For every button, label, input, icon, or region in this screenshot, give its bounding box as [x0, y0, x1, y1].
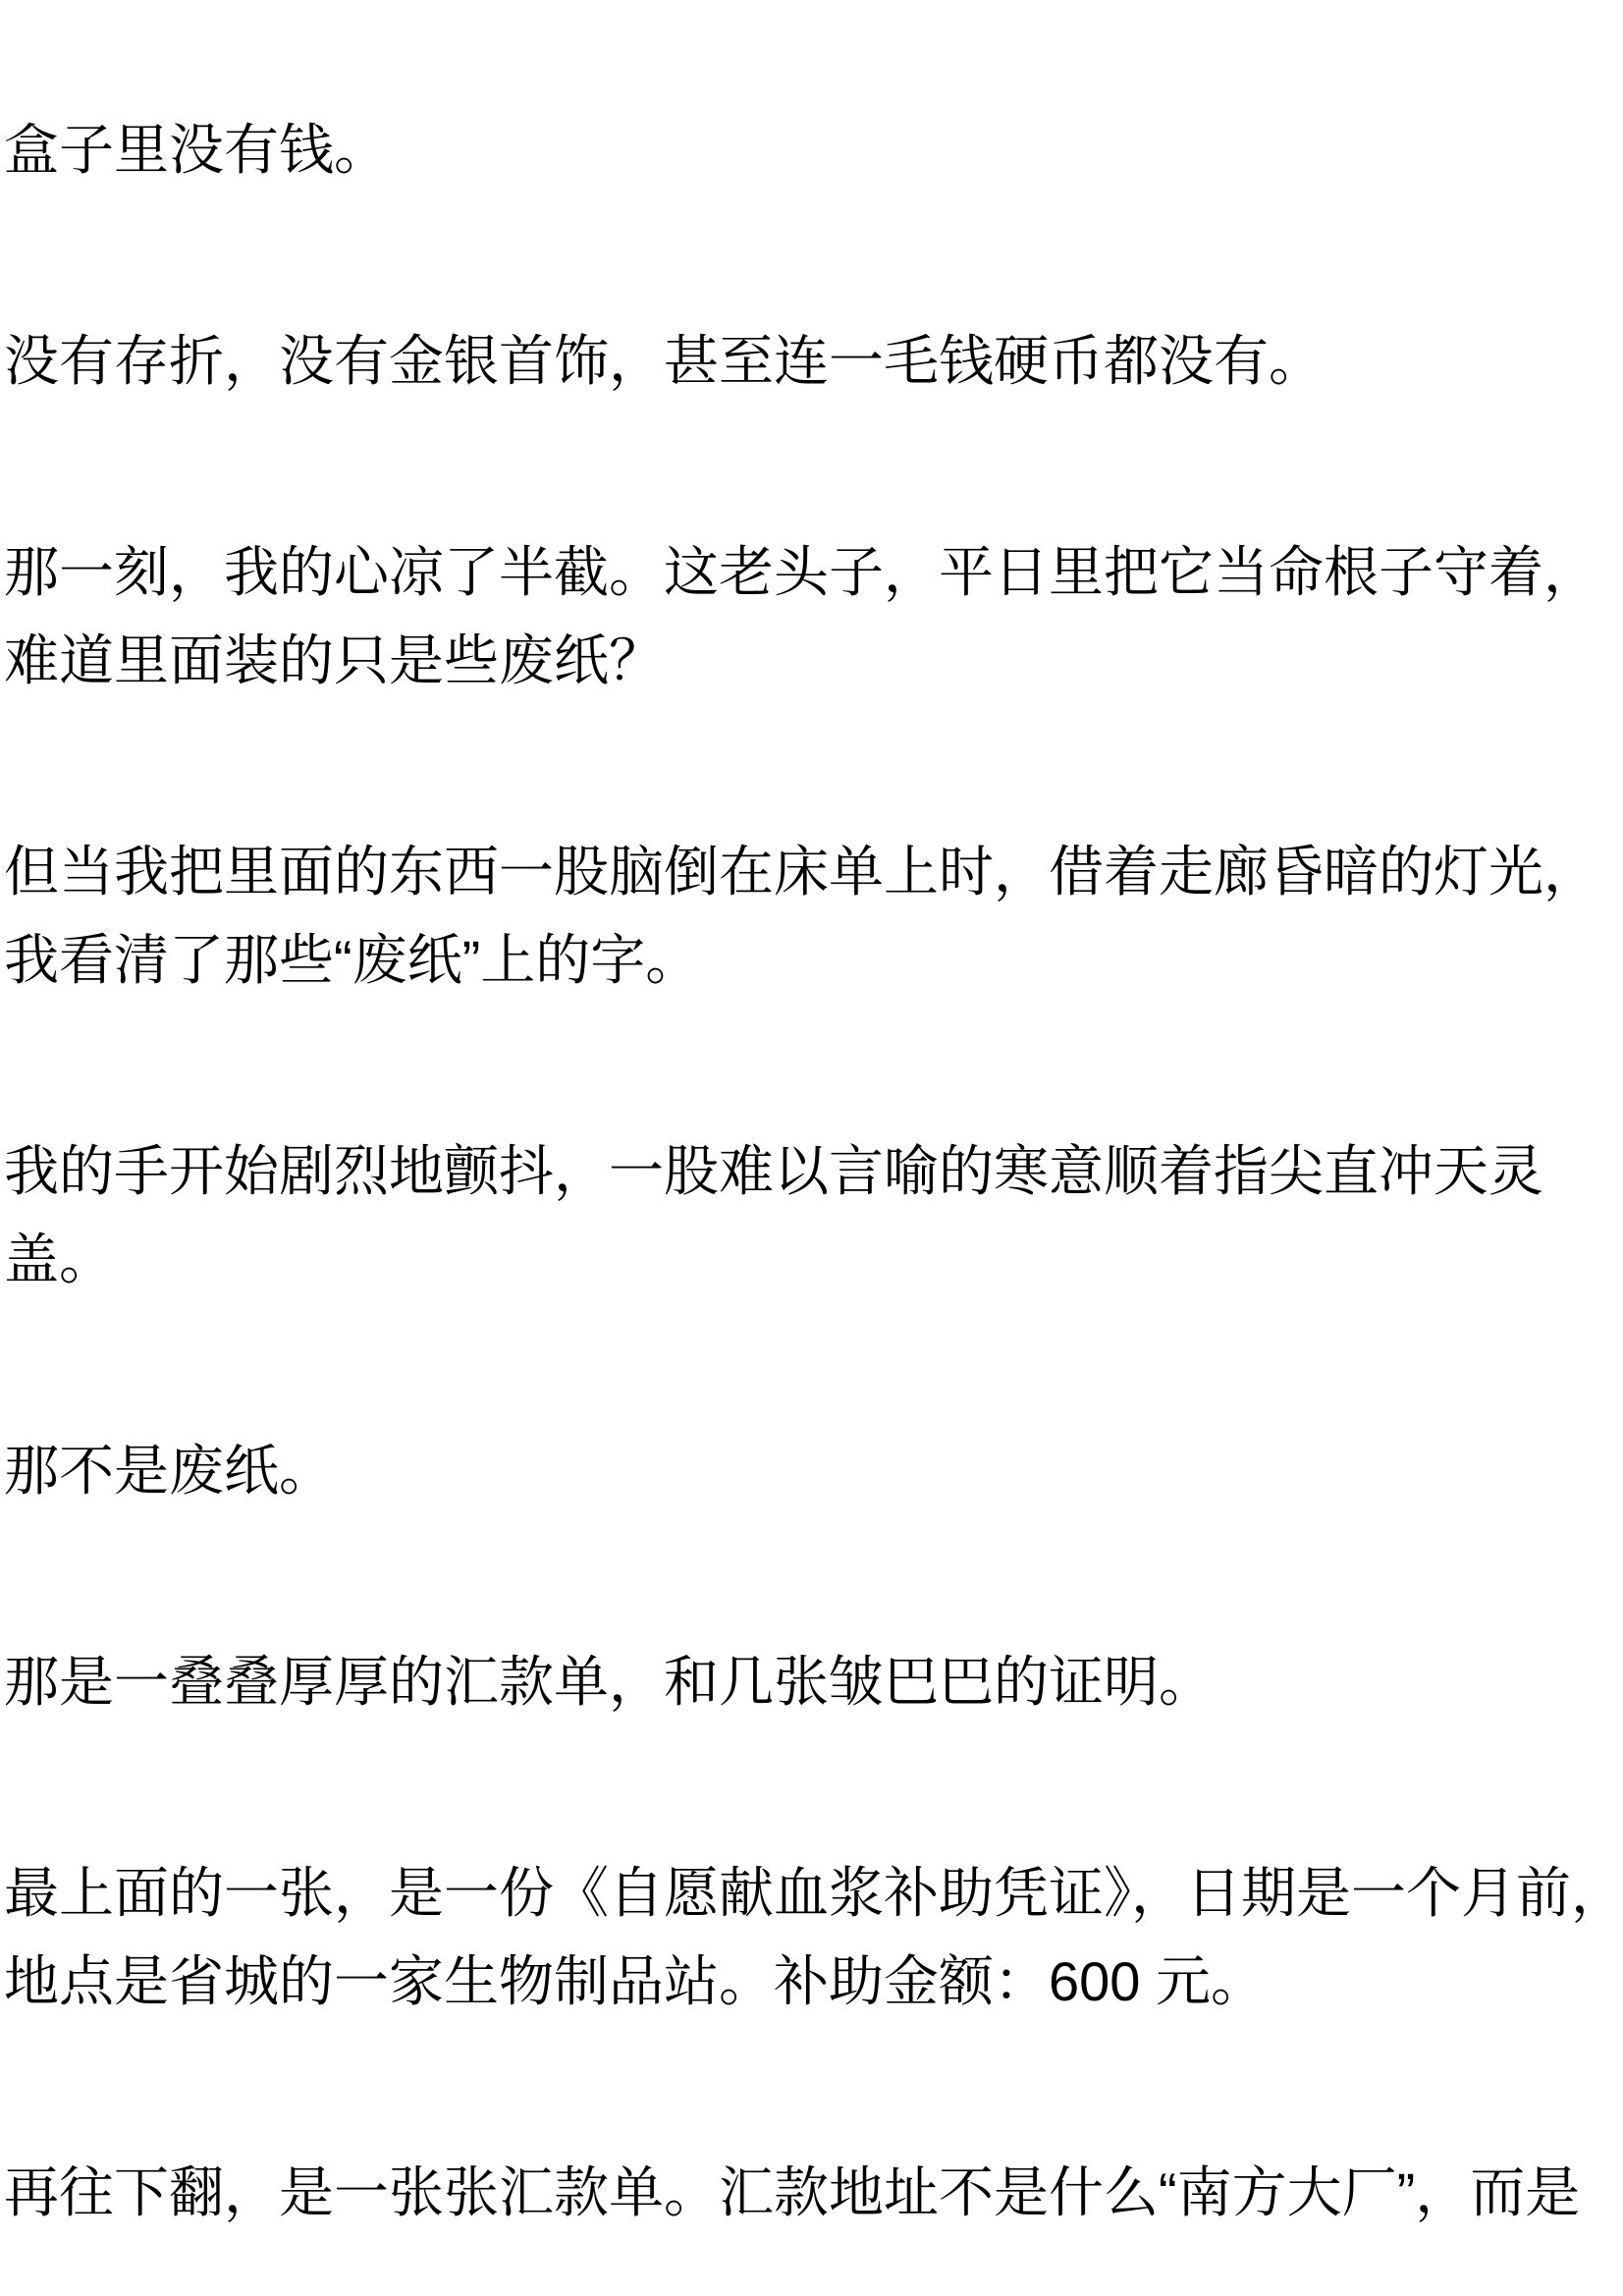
- text-line: 但当我把里面的东西一股脑倒在床单上时，借着走廊昏暗的灯光，: [4, 828, 1623, 916]
- paragraph-5: 我的手开始剧烈地颤抖，一股难以言喻的寒意顺着指尖直冲天灵 盖。: [4, 1127, 1623, 1304]
- paragraph-7: 那是一叠叠厚厚的汇款单，和几张皱巴巴的证明。: [4, 1638, 1623, 1726]
- paragraph-8: 最上面的一张，是一份《自愿献血浆补助凭证》，日期是一个月前， 地点是省城的一家生…: [4, 1849, 1623, 2026]
- paragraph-6: 那不是废纸。: [4, 1427, 1623, 1515]
- text-line: 那一刻，我的心凉了半截。这老头子，平日里把它当命根子守着，: [4, 528, 1623, 617]
- text-line: 我的手开始剧烈地颤抖，一股难以言喻的寒意顺着指尖直冲天灵: [4, 1127, 1623, 1216]
- document-body: { "document": { "background_color": "#ff…: [0, 0, 1623, 2296]
- text-line: 再往下翻，是一张张汇款单。汇款地址不是什么“南方大厂”，而是: [4, 2161, 1580, 2223]
- paragraph-4: 但当我把里面的东西一股脑倒在床单上时，借着走廊昏暗的灯光， 我看清了那些“废纸”…: [4, 828, 1623, 1005]
- text-line: 那不是废纸。: [4, 1440, 334, 1502]
- text-line: 没有存折，没有金银首饰，甚至连一毛钱硬币都没有。: [4, 330, 1324, 392]
- text-line: 难道里面装的只是些废纸？: [4, 617, 1623, 705]
- text-line: 最上面的一张，是一份《自愿献血浆补助凭证》，日期是一个月前，: [4, 1849, 1623, 1938]
- paragraph-3: 那一刻，我的心凉了半截。这老头子，平日里把它当命根子守着， 难道里面装的只是些废…: [4, 528, 1623, 705]
- text-line: 那是一叠叠厚厚的汇款单，和几张皱巴巴的证明。: [4, 1651, 1214, 1713]
- text-line: 地点是省城的一家生物制品站。补助金额：600 元。: [4, 1938, 1623, 2026]
- paragraph-1: 盒子里没有钱。: [4, 106, 1623, 194]
- paragraph-9: 再往下翻，是一张张汇款单。汇款地址不是什么“南方大厂”，而是: [4, 2149, 1623, 2237]
- paragraph-2: 没有存折，没有金银首饰，甚至连一毛钱硬币都没有。: [4, 317, 1623, 406]
- document-page: 盒子里没有钱。 没有存折，没有金银首饰，甚至连一毛钱硬币都没有。 那一刻，我的心…: [0, 0, 1623, 2296]
- text-line: 盒子里没有钱。: [4, 119, 389, 181]
- text-line: 我看清了那些“废纸”上的字。: [4, 916, 1623, 1005]
- text-line: 盖。: [4, 1216, 1623, 1304]
